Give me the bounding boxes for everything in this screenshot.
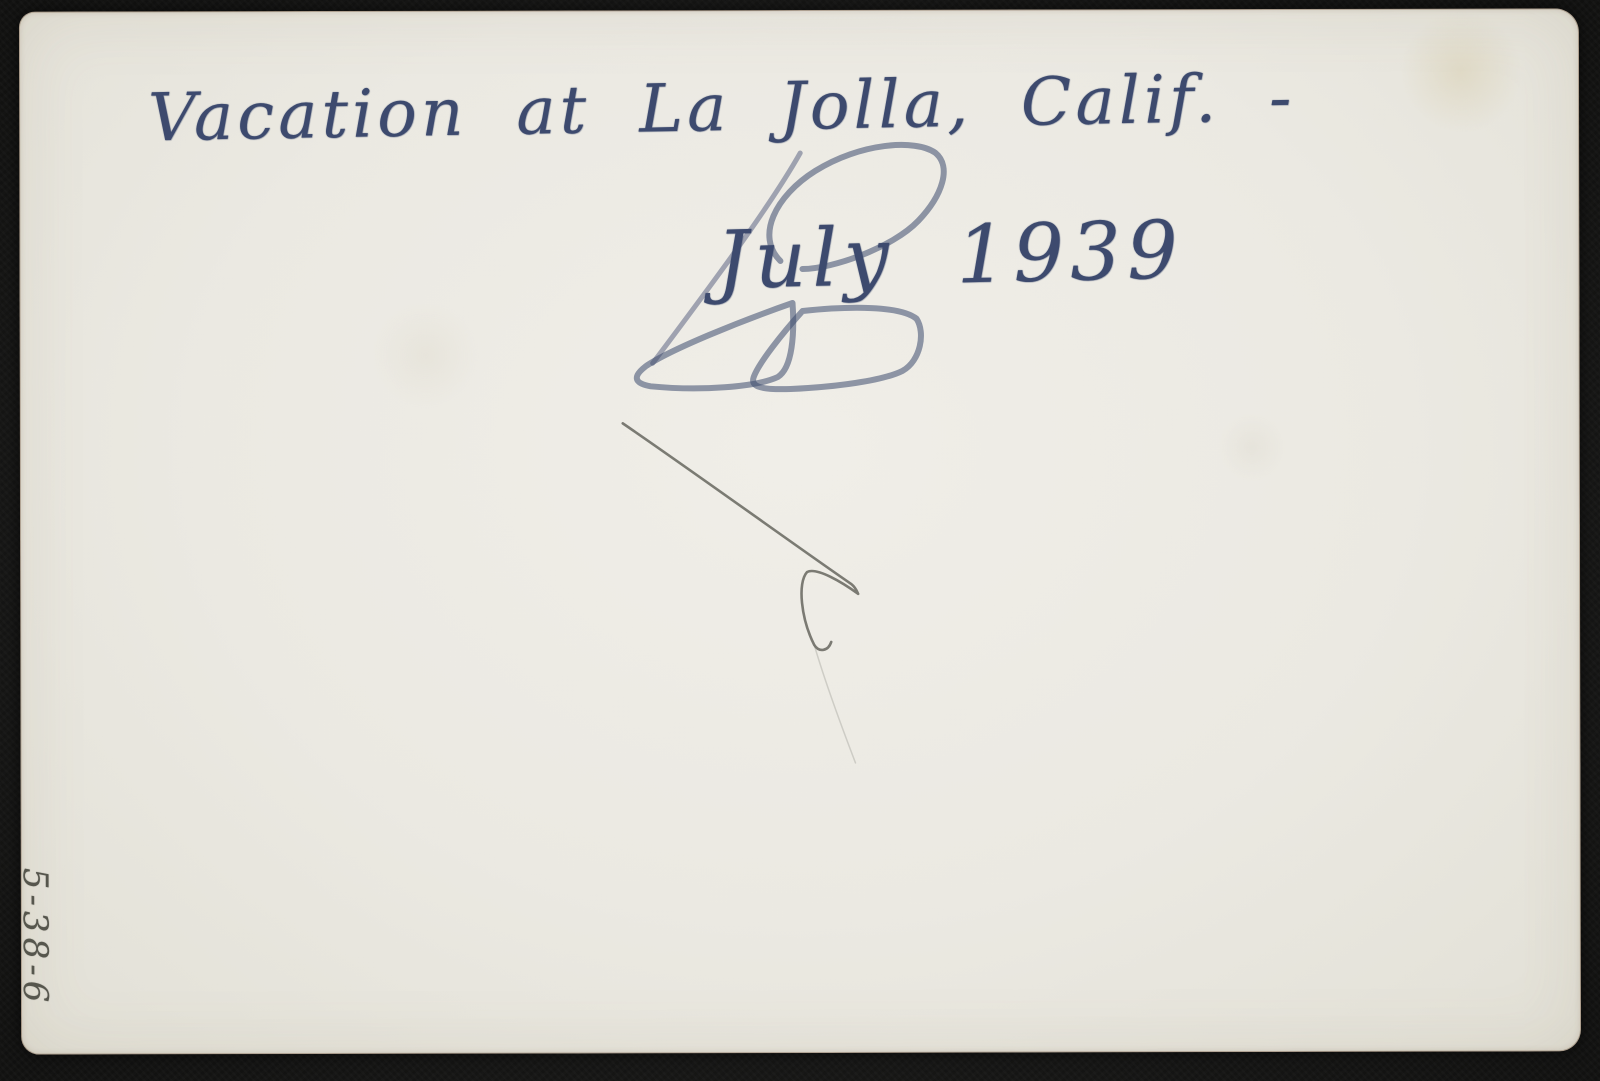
edge-notation-number: 5-38-6 bbox=[13, 838, 57, 1038]
pencil-squiggle-svg bbox=[20, 9, 1580, 1053]
pencil-squiggle-faint-tail-path bbox=[814, 645, 855, 763]
inscription-line-1: Vacation at La Jolla, Calif. - bbox=[148, 59, 1296, 156]
photo-card-back: Vacation at La Jolla, Calif. - July 1939… bbox=[19, 8, 1581, 1054]
scan-page: { "colors": { "scan_background": "#18181… bbox=[0, 0, 1600, 1081]
pencil-squiggle-path bbox=[623, 423, 858, 651]
scanner-background: Vacation at La Jolla, Calif. - July 1939… bbox=[0, 0, 1600, 1081]
ink-flourish-svg bbox=[20, 9, 1580, 1053]
flourish-right-teardrop-path bbox=[753, 308, 921, 390]
inscription-line-2: July 1939 bbox=[715, 203, 1184, 307]
flourish-left-teardrop-path bbox=[637, 303, 794, 388]
